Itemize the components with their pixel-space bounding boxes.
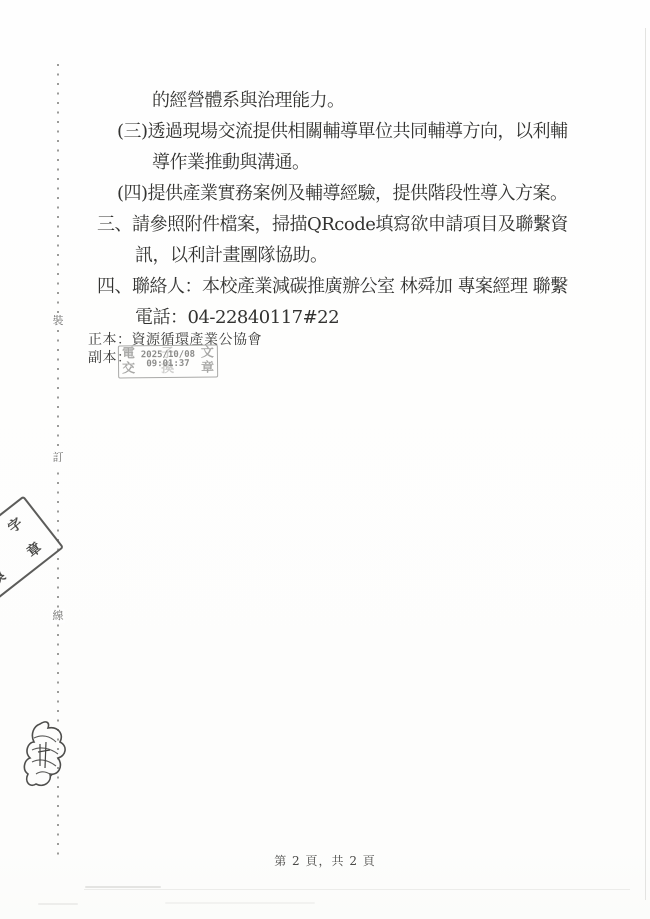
body-line: 電話：04-22840117#22 [135, 303, 339, 329]
margin-stamp-char: 字 [3, 512, 26, 536]
scribble-mark [18, 716, 70, 796]
scan-artifact [38, 903, 78, 905]
scan-artifact [85, 886, 161, 888]
electronic-exchange-stamp: 電 子 文 交 換 章 2025/10/08 09:01:37 [118, 344, 218, 378]
scan-artifact [165, 902, 315, 904]
binding-mark-ding: 訂 [51, 451, 65, 465]
binding-mark-xian: 線 [51, 609, 65, 623]
margin-stamp: 公 字 換 章 [0, 495, 64, 606]
body-line: 三、請參照附件檔案，掃描QRcode填寫欲申請項目及聯繫資 [97, 210, 568, 236]
scan-artifact-line [84, 889, 630, 890]
scanned-document-page: 裝 訂 線 公 字 換 章 的經營體系與治理能力。 (三)透過現場交流提供相關輔… [0, 0, 650, 919]
margin-stamp-char: 換 [0, 565, 9, 589]
page-number-footer: 第 2 頁，共 2 頁 [0, 852, 650, 869]
body-line: 四、聯絡人：本校產業減碳推廣辦公室 林舜加 專案經理 聯繫 [97, 272, 568, 298]
body-line: (四)提供產業實務案例及輔導經驗，提供階段性導入方案。 [117, 179, 568, 205]
body-line: (三)透過現場交流提供相關輔導單位共同輔導方向，以利輔 [117, 117, 568, 143]
stamp-time: 09:01:37 [119, 358, 217, 369]
body-line: 訊，以利計畫團隊協助。 [135, 241, 328, 267]
binding-mark-zhuang: 裝 [51, 314, 65, 328]
body-line: 導作業推動與溝通。 [152, 148, 310, 174]
page-edge-line [645, 28, 646, 900]
margin-stamp-char: 章 [22, 537, 45, 561]
body-line: 的經營體系與治理能力。 [152, 86, 345, 112]
